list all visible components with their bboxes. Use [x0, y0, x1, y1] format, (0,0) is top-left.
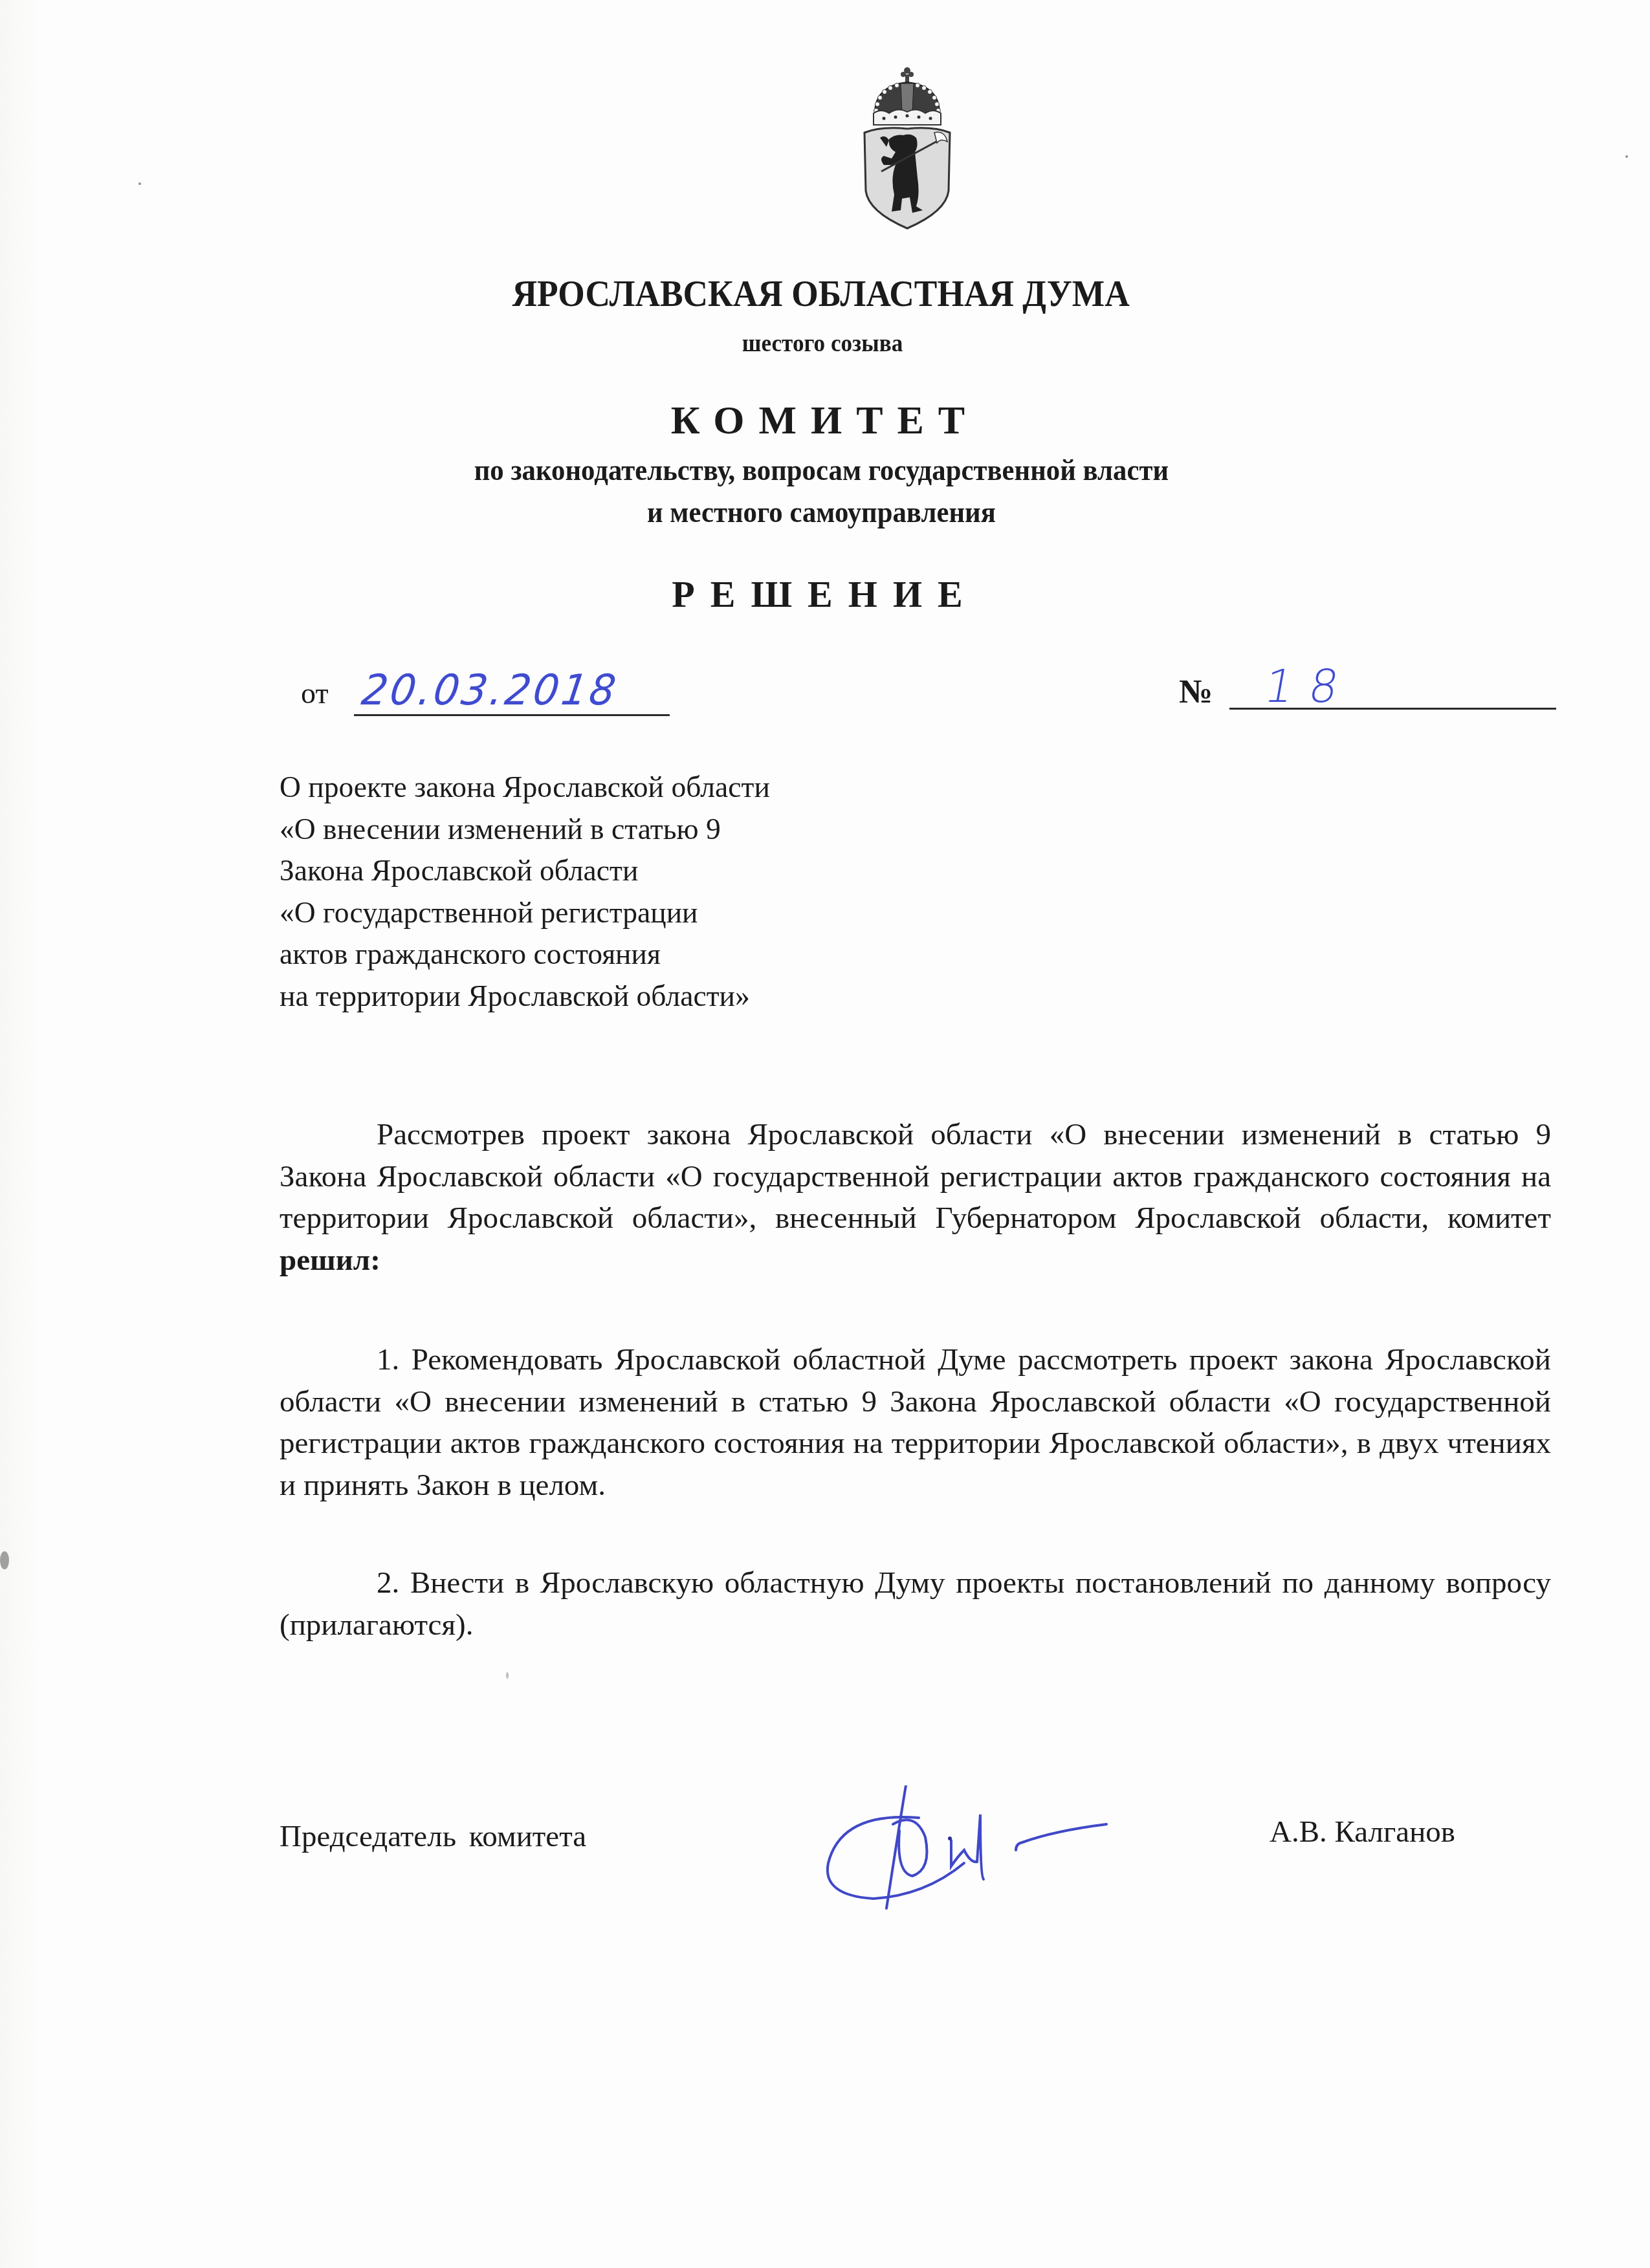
scan-artifact	[0, 1551, 9, 1569]
handwritten-signature-icon	[802, 1785, 1152, 1915]
date-label: от	[301, 676, 329, 710]
coat-of-arms-icon	[855, 61, 959, 230]
date-value-handwritten: 20.03.2018	[359, 665, 622, 715]
signer-name: А.В. Калганов	[1270, 1815, 1455, 1849]
subject-line: на территории Ярославской области»	[280, 976, 770, 1018]
subject-line: Закона Ярославской области	[280, 850, 770, 892]
decision-item-2: 2. Внести в Ярославскую областную Думу п…	[280, 1562, 1551, 1646]
document-type-title: РЕШЕНИЕ	[0, 572, 1650, 616]
decision-item-2-text: 2. Внести в Ярославскую областную Думу п…	[280, 1562, 1551, 1646]
subject-line: актов гражданского состояния	[280, 933, 770, 976]
committee-title: КОМИТЕТ	[0, 398, 1650, 444]
scan-artifact	[1625, 155, 1628, 158]
intro-paragraph: Рассмотрев проект закона Ярославской обл…	[280, 1114, 1551, 1281]
intro-text: Рассмотрев проект закона Ярославской обл…	[280, 1118, 1551, 1235]
document-page: ЯРОСЛАВСКАЯ ОБЛАСТНАЯ ДУМА шестого созыв…	[0, 0, 1650, 2268]
subject-block: О проекте закона Ярославской области «О …	[280, 767, 770, 1017]
subject-line: «О внесении изменений в статью 9	[280, 809, 770, 851]
number-underline	[1229, 708, 1556, 710]
organization-title: ЯРОСЛАВСКАЯ ОБЛАСТНАЯ ДУМА	[62, 272, 1580, 315]
convocation-label: шестого созыва	[39, 330, 1607, 358]
committee-name-line-1: по законодательству, вопросам государств…	[54, 453, 1589, 487]
number-value-handwritten: 18	[1260, 660, 1359, 713]
decision-item-1-text: 1. Рекомендовать Ярославской областной Д…	[280, 1339, 1551, 1506]
number-label: №	[1179, 673, 1213, 711]
decision-item-1: 1. Рекомендовать Ярославской областной Д…	[280, 1339, 1551, 1506]
scan-artifact	[506, 1672, 509, 1679]
committee-name-line-2: и местного самоуправления	[54, 495, 1589, 529]
date-underline	[354, 714, 670, 716]
signer-role: Председатель комитета	[280, 1819, 586, 1854]
subject-line: О проекте закона Ярославской области	[280, 767, 770, 809]
subject-line: «О государственной регистрации	[280, 892, 770, 934]
scan-artifact	[138, 182, 141, 185]
decided-label: решил:	[280, 1243, 380, 1277]
